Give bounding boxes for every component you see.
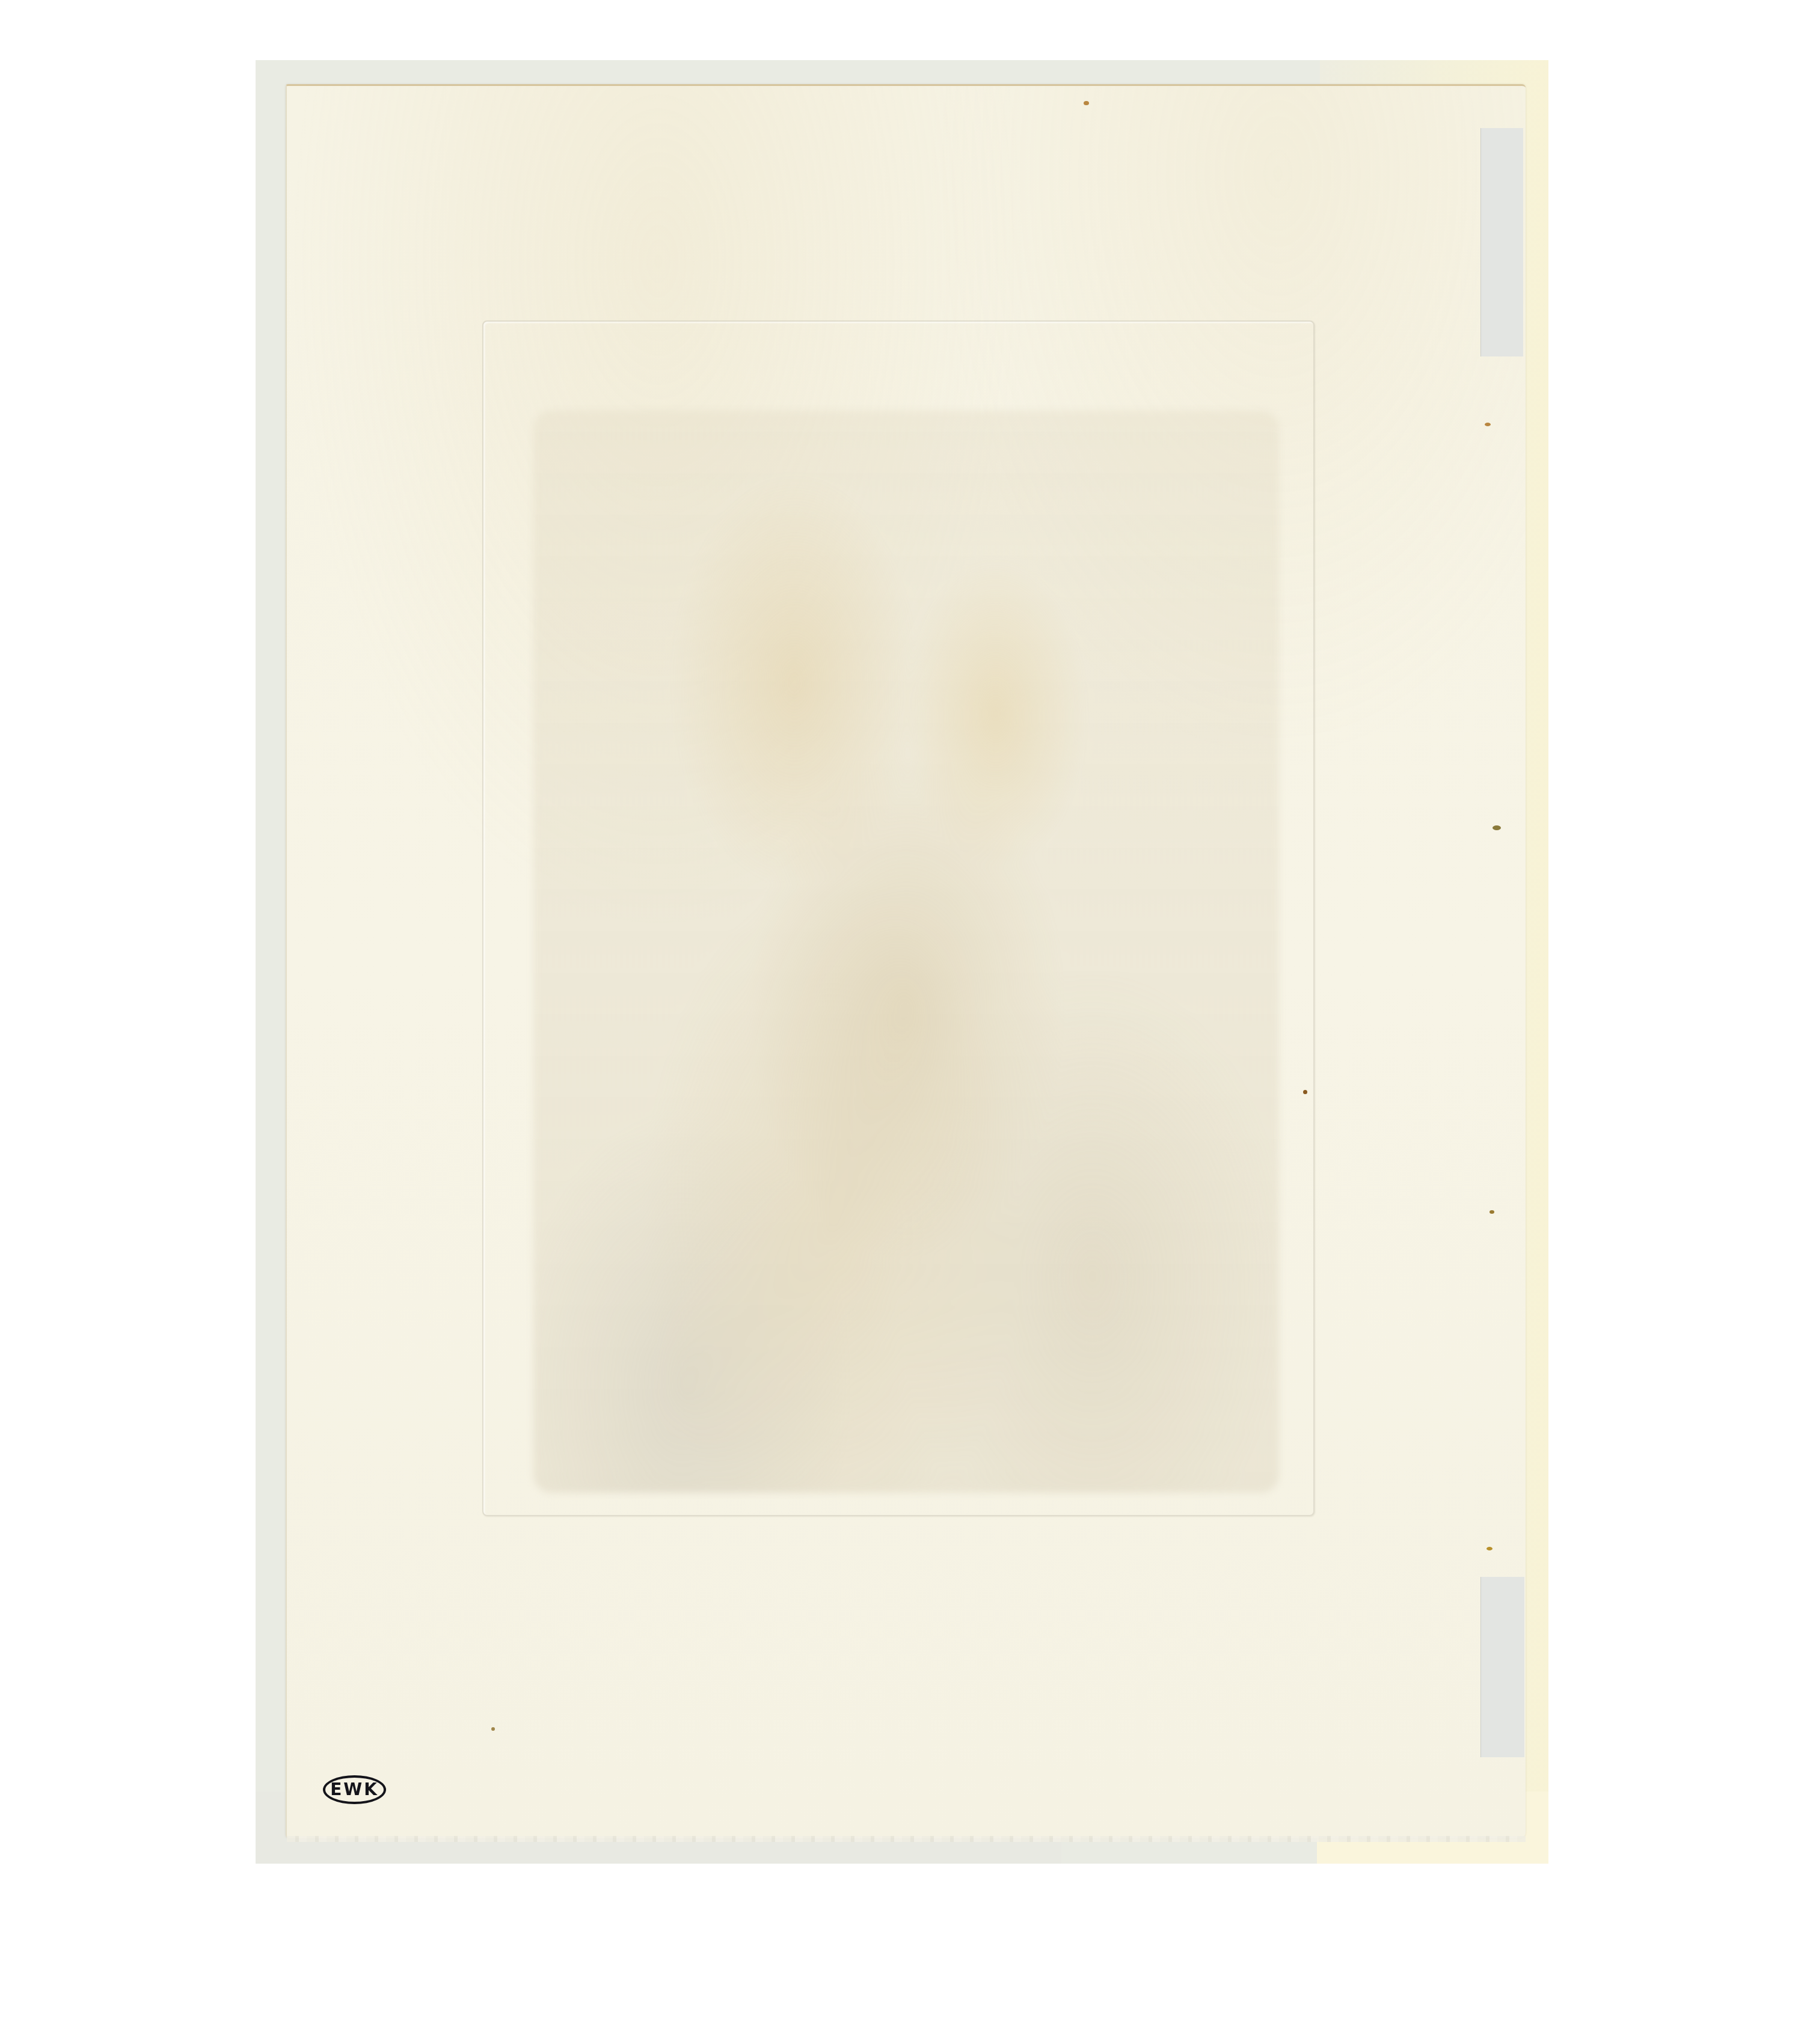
foxing-spot bbox=[1490, 1210, 1494, 1214]
foxing-spot bbox=[1493, 825, 1501, 830]
hinge-tape-bottom bbox=[1480, 1577, 1524, 1757]
collector-stamp-text: EWK bbox=[330, 1781, 379, 1798]
paper-sheet: EWK bbox=[286, 84, 1526, 1838]
hinge-tape-top bbox=[1480, 128, 1523, 356]
plate-mark bbox=[482, 320, 1315, 1516]
foxing-spot bbox=[1485, 423, 1491, 426]
collector-stamp: EWK bbox=[323, 1775, 386, 1804]
scan-backing: EWK bbox=[256, 60, 1548, 1864]
foxing-spot bbox=[491, 1727, 495, 1731]
foxing-spot bbox=[1303, 1090, 1307, 1094]
foxing-spot bbox=[1084, 101, 1089, 105]
deckle-edge-bottom bbox=[287, 1836, 1526, 1842]
foxing-spot bbox=[1486, 1547, 1493, 1550]
